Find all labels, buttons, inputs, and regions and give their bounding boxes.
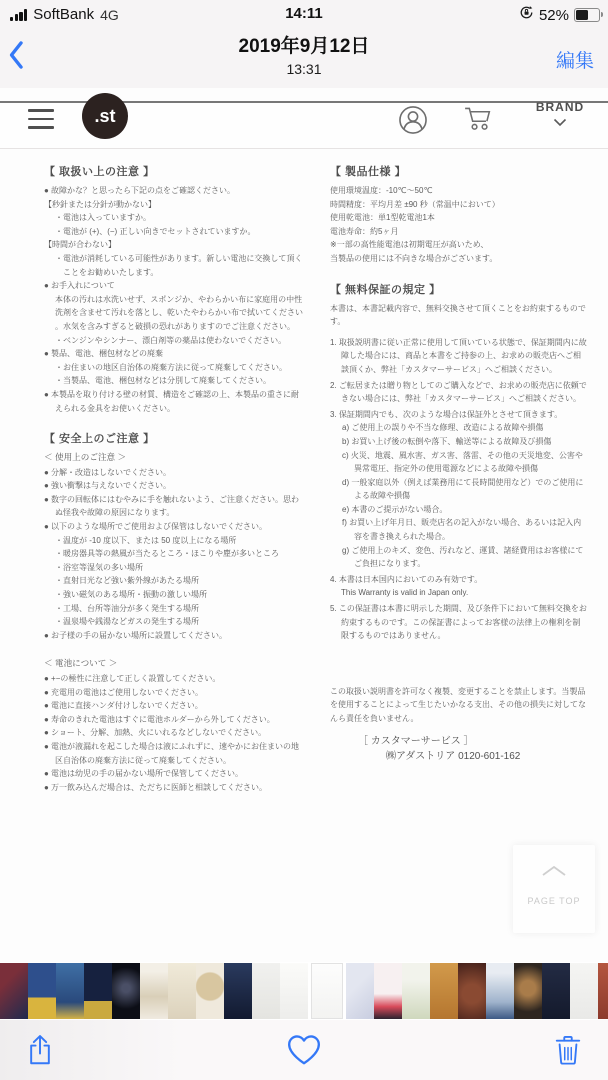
doc-line: ・浴室等湿気の多い場所 — [44, 561, 304, 575]
doc-line: 【 製品仕様 】 — [330, 163, 588, 179]
doc-line: ● 強い衝撃は与えないでください。 — [44, 479, 304, 493]
doc-spacer — [330, 726, 588, 731]
status-time: 14:11 — [0, 5, 608, 22]
thumbnail[interactable] — [598, 963, 608, 1019]
doc-line: b) お買い上げ後の転倒や落下、輸送等による故障及び損傷 — [330, 435, 588, 449]
doc-line: ● お手入れについて — [44, 279, 304, 293]
doc-line: ・電池が消耗している可能性があります。新しい電池に交換して頂くことをお勧めいたし… — [44, 252, 304, 279]
doc-line: ● 製品、電池、梱包材などの廃棄 — [44, 347, 304, 361]
doc-line: ● ショート、分解、加熱、火にいれるなどしないでください。 — [44, 726, 304, 740]
back-button[interactable] — [8, 40, 38, 76]
webpage-menu-dropdown: BRAND — [530, 105, 590, 132]
doc-line: この取扱い説明書を許可なく複製、変更することを禁止します。当製品を使用することに… — [330, 685, 588, 726]
doc-line: 当製品の使用には不向きな場合がございます。 — [330, 252, 588, 266]
doc-line: ＜ 使用上のご注意 ＞ — [44, 451, 304, 465]
bottom-toolbar — [0, 1020, 608, 1080]
doc-line: 【 安全上のご注意 】 — [44, 430, 304, 446]
thumbnail[interactable] — [346, 963, 374, 1019]
doc-line: ● 寿命のきれた電池はすぐに電池ホルダーから外してください。 — [44, 713, 304, 727]
thumbnail[interactable] — [486, 963, 514, 1019]
doc-line: d) 一般家庭以外（例えば業務用にて長時間使用など）でのご使用による故障や損傷 — [330, 476, 588, 503]
doc-line: ・強い磁気のある場所・振動の激しい場所 — [44, 588, 304, 602]
doc-line: 1. 取扱説明書に従い正常に使用して頂いている状態で、保証期間内に故障した場合に… — [330, 336, 588, 377]
webpage-header: .st BRAND — [0, 103, 608, 149]
thumbnail[interactable] — [28, 963, 56, 1019]
photo-time-subtitle: 13:31 — [120, 60, 488, 78]
thumbnail[interactable] — [374, 963, 402, 1019]
doc-line: e) 本書のご提示がない場合。 — [330, 503, 588, 517]
doc-spacer — [330, 266, 588, 278]
chevron-down-icon — [553, 118, 567, 127]
doc-line: ・温泉場や銭湯などガスの発生する場所 — [44, 615, 304, 629]
doc-spacer — [44, 415, 304, 427]
doc-line: ・電池が (+)、(−) 正しい向きでセットされていますか。 — [44, 225, 304, 239]
thumbnail[interactable] — [280, 963, 308, 1019]
cart-icon — [464, 105, 494, 138]
doc-line: 本書は、本書記載内容で、無料交換させて頂くことをお約束するものです。 — [330, 302, 588, 329]
thumbnail-scrubber[interactable] — [0, 962, 608, 1020]
thumbnail[interactable] — [514, 963, 542, 1019]
doc-spacer — [330, 643, 588, 683]
doc-line: ● 電池は幼児の手の届かない場所で保管してください。 — [44, 767, 304, 781]
doc-line: ＜ 電池について ＞ — [44, 657, 304, 671]
doc-line: ● お子様の手の届かない場所に設置してください。 — [44, 629, 304, 643]
doc-line: 5. この保証書は本書に明示した期間、及び条件下において無料交換をお約束するもの… — [330, 602, 588, 643]
doc-line: f) お買い上げ年月日、販売店名の記入がない場合、あるいは記入内容を書き換えられ… — [330, 516, 588, 543]
doc-line: g) ご使用上のキズ、変色、汚れなど、運賃、諸経費用はお客様にてご負担になります… — [330, 544, 588, 571]
doc-line: ・直射日光など強い紫外線があたる場所 — [44, 574, 304, 588]
account-icon — [398, 105, 428, 140]
doc-line: ・暖房器具等の熱風が当たるところ・ほこりや塵が多いところ — [44, 547, 304, 561]
doc-line: This Warranty is valid in Japan only. — [330, 586, 588, 600]
doc-line: 本体の汚れは水洗いせず、スポンジか、やわらかい布に家庭用の中性洗剤を含ませて汚れ… — [44, 293, 304, 334]
top-chrome: SoftBank 4G 14:11 52% 2019年9月12日 — [0, 0, 608, 88]
thumbnail[interactable] — [140, 963, 168, 1019]
doc-line: ・電池は入っていますか。 — [44, 211, 304, 225]
page-top-button[interactable]: PAGE TOP — [513, 845, 595, 933]
thumbnail[interactable] — [252, 963, 280, 1019]
doc-line: ● 故障かな？と思ったら下記の点をご確認ください。 — [44, 184, 304, 198]
doc-line: ● +−の極性に注意して正しく設置してください。 — [44, 672, 304, 686]
status-bar: SoftBank 4G 14:11 52% — [0, 0, 608, 32]
doc-line: 【 取扱い上の注意 】 — [44, 163, 304, 179]
thumbnail[interactable] — [542, 963, 570, 1019]
doc-line: ● 万一飲み込んだ場合は、ただちに医師と相談してください。 — [44, 781, 304, 795]
doc-line: 【時間が合わない】 — [44, 238, 304, 252]
doc-line: ※一部の高性能電池は初期電圧が高いため、 — [330, 238, 588, 252]
thumbnail[interactable] — [458, 963, 486, 1019]
photo-date-title: 2019年9月12日 — [120, 34, 488, 60]
orientation-lock-icon — [519, 5, 534, 25]
photo-viewer[interactable]: .st BRAND — [0, 88, 608, 962]
favorite-button[interactable] — [282, 1028, 326, 1072]
doc-line: ［ カスタマーサービス ］ — [358, 735, 588, 749]
nav-bar: 2019年9月12日 13:31 編集 — [0, 32, 608, 88]
thumbnail[interactable] — [224, 963, 252, 1019]
thumbnail-selected[interactable] — [311, 963, 343, 1019]
share-icon — [25, 1032, 55, 1068]
share-button[interactable] — [18, 1028, 62, 1072]
thumbnail[interactable] — [430, 963, 458, 1019]
thumbnail[interactable] — [112, 963, 140, 1019]
delete-button[interactable] — [546, 1028, 590, 1072]
page-top-label: PAGE TOP — [513, 896, 595, 906]
st-brand-logo: .st — [82, 93, 128, 139]
heart-icon — [286, 1034, 322, 1066]
document-left-column: 【 取扱い上の注意 】● 故障かな？と思ったら下記の点をご確認ください。【秒針ま… — [44, 160, 304, 794]
doc-line: ・お住まいの地区自治体の廃棄方法に従って廃棄してください。 — [44, 361, 304, 375]
doc-line: 時間精度：平均月差 ±90 秒（常温中において） — [330, 198, 588, 212]
thumbnail[interactable] — [84, 963, 112, 1019]
doc-line: 2. ご転居または贈り物としてのご購入などで、お求めの販売店に依頼できない場合に… — [330, 379, 588, 406]
doc-line: ㈱アダストリア 0120-601-162 — [386, 750, 588, 764]
doc-line: 4. 本書は日本国内においてのみ有効です。 — [330, 573, 588, 587]
thumbnail[interactable] — [402, 963, 430, 1019]
battery-icon — [574, 8, 600, 22]
doc-line: ・ベンジンやシンナー、漂白剤等の薬品は使わないでください。 — [44, 334, 304, 348]
doc-line: ・当製品、電池、梱包材などは分別して廃棄してください。 — [44, 374, 304, 388]
doc-line: ・温度が -10 度以下、または 50 度以上になる場所 — [44, 534, 304, 548]
thumbnail[interactable] — [168, 963, 196, 1019]
chevron-up-icon — [541, 865, 567, 877]
doc-line: 使用環境温度：-10℃〜50℃ — [330, 184, 588, 198]
doc-line: 使用乾電池：単1型乾電池1本 — [330, 211, 588, 225]
doc-spacer — [44, 642, 304, 654]
thumbnail[interactable] — [0, 963, 28, 1019]
thumbnail[interactable] — [196, 963, 224, 1019]
thumbnail[interactable] — [570, 963, 598, 1019]
document-right-column: 【 製品仕様 】使用環境温度：-10℃〜50℃時間精度：平均月差 ±90 秒（常… — [330, 160, 588, 764]
doc-line: ● 充電用の電池はご使用しないでください。 — [44, 686, 304, 700]
doc-line: 【秒針または分針が動かない】 — [44, 198, 304, 212]
doc-line: 3. 保証期間内でも、次のような場合は保証外とさせて頂きます。 — [330, 408, 588, 422]
doc-spacer — [330, 329, 588, 334]
doc-line: ● 分解・改造はしないでください。 — [44, 466, 304, 480]
doc-line: ● 数字の回転体にはむやみに手を触れないよう、ご注意ください。思わぬ怪我や故障の… — [44, 493, 304, 520]
trash-icon — [554, 1033, 582, 1067]
thumbnail[interactable] — [56, 963, 84, 1019]
doc-line: a) ご使用上の誤りや不当な修理、改造による故障や損傷 — [330, 421, 588, 435]
doc-line: ● 以下のような場所でご使用および保管はしないでください。 — [44, 520, 304, 534]
doc-line: c) 火災、地震、風水害、ガス害、落雷、その他の天災地変、公害や異常電圧、指定外… — [330, 449, 588, 476]
doc-line: ● 本製品を取り付ける壁の材質、構造をご確認の上、本製品の重さに耐えられる金具を… — [44, 388, 304, 415]
doc-line: ● 電池に直接ハンダ付けしないでください。 — [44, 699, 304, 713]
battery-percent-label: 52% — [539, 7, 569, 24]
edit-button[interactable]: 編集 — [556, 46, 594, 73]
doc-line: 【 無料保証の規定 】 — [330, 281, 588, 297]
webpage-menu-label: BRAND — [530, 100, 590, 114]
hamburger-menu-icon — [28, 109, 54, 129]
doc-line: 電池寿命：約5ヶ月 — [330, 225, 588, 239]
doc-line: ● 電池が液漏れを起こした場合は液にふれずに、速やかにお住まいの地区自治体の廃棄… — [44, 740, 304, 767]
doc-line: ・工場、台所等油分が多く発生する場所 — [44, 602, 304, 616]
